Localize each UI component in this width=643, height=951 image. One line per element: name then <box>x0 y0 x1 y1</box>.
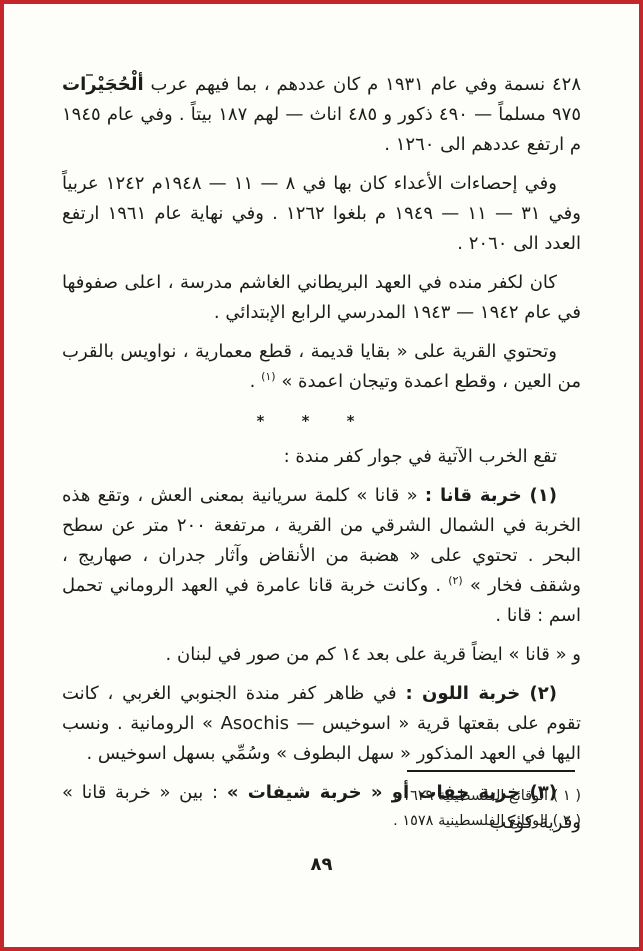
text-run: وفي إحصاءات الأعداء كان بها في ٨ — ١١ — … <box>62 173 581 254</box>
footnote-reference: (١) <box>261 370 276 383</box>
text-run: و « قانا » ايضاً قرية على بعد ١٤ كم من ص… <box>166 644 581 665</box>
footnote-section: ( ١ ) الوقائع الفلسطينية ١٦٢٩ .( ٢ ) الو… <box>62 770 581 834</box>
paragraph: وتحتوي القرية على « بقايا قديمة ، قطع مع… <box>62 337 581 397</box>
text-run: ٤٢٨ نسمة وفي عام ١٩٣١ م كان عددهم ، بما … <box>144 74 581 95</box>
paragraph: ٤٢٨ نسمة وفي عام ١٩٣١ م كان عددهم ، بما … <box>62 70 581 160</box>
text-run: (١) خربة قانا : <box>425 485 557 506</box>
footnote: ( ٢ ) الوقائع الفلسطينية ١٥٧٨ . <box>62 809 581 834</box>
paragraph: تقع الخرب الآتية في جوار كفر مندة : <box>62 442 581 472</box>
text-run: كان لكفر منده في العهد البريطاني الغاشم … <box>62 272 581 323</box>
paragraph: (٢) خربة اللون : في ظاهر كفر مندة الجنوب… <box>62 679 581 769</box>
footnote-reference: (٢) <box>448 574 463 587</box>
paragraph: كان لكفر منده في العهد البريطاني الغاشم … <box>62 268 581 328</box>
text-run: تقع الخرب الآتية في جوار كفر مندة : <box>284 446 557 467</box>
text-run: . <box>250 371 261 392</box>
scanned-book-page: { "page": { "number": "٨٩", "background_… <box>0 0 643 951</box>
text-run: ألْحُجَيْرات <box>62 74 144 95</box>
text-run: ٩٧٥ مسلماً — ٤٩٠ ذكور و ٤٨٥ اناث — لهم ١… <box>62 104 581 155</box>
paragraph: وفي إحصاءات الأعداء كان بها في ٨ — ١١ — … <box>62 169 581 259</box>
footnotes: ( ١ ) الوقائع الفلسطينية ١٦٢٩ .( ٢ ) الو… <box>62 784 581 834</box>
page-text: ٤٢٨ نسمة وفي عام ١٩٣١ م كان عددهم ، بما … <box>62 70 581 847</box>
paragraph: (١) خربة قانا : « قانا » كلمة سريانية بم… <box>62 481 581 631</box>
footnote: ( ١ ) الوقائع الفلسطينية ١٦٢٩ . <box>62 784 581 809</box>
text-run: وتحتوي القرية على « بقايا قديمة ، قطع مع… <box>62 341 581 392</box>
section-separator: * * * <box>62 406 581 436</box>
paragraph: و « قانا » ايضاً قرية على بعد ١٤ كم من ص… <box>62 640 581 670</box>
footnote-divider <box>407 770 575 772</box>
page-number: ٨٩ <box>0 854 643 875</box>
text-run: (٢) خربة اللون : <box>405 683 557 704</box>
